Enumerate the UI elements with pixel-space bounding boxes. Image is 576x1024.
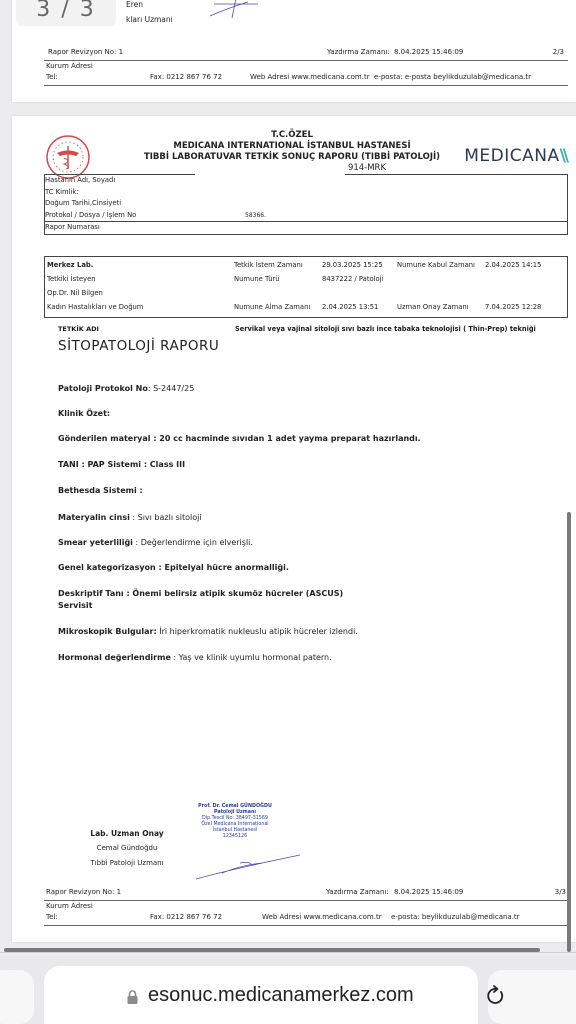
request-time-label: Tetkik İstem Zamanı [234,261,303,269]
field-general-category: Genel kategorizasyon : Epitelyal hücre a… [58,563,289,572]
request-time: 29.03.2025 15:25 [322,261,383,269]
patient-row: Rapor Numarası [45,222,567,234]
department: Kadın Hastalıkları ve Doğum [47,303,143,311]
report-footer: Rapor Revizyon No: 1 Yazdırma Zamanı: 8.… [44,888,568,926]
page-number: 2/3 [553,48,564,56]
address-label: Kurum Adresi [46,62,93,70]
page-counter-overlay: 3 / 3 [16,0,116,26]
reload-icon[interactable] [484,984,508,1008]
horizontal-scrollbar[interactable] [4,948,540,952]
lab-info-box: Merkez Lab. Tetkiki İsteyen Op.Dr. Nil B… [44,256,568,318]
prev-signer-name: Eren [126,0,143,9]
test-name: Servikal veya vajinal sitoloji sıvı bazl… [235,325,536,333]
address-label: Kurum Adresi [46,902,93,910]
web-address: Web Adresi www.medicana.com.tr [250,73,370,81]
header-line-3: TIBBİ LABORATUVAR TETKİK SONUÇ RAPORU (T… [112,152,472,163]
prev-page-footer: Rapor Revizyon No: 1 Yazdırma Zamanı: 8.… [44,48,568,86]
accept-time: 2.04.2025 14:15 [485,261,541,269]
print-time-label: Yazdırma Zamanı: [326,888,389,896]
print-time: 8.04.2025 15:46:09 [394,888,463,896]
header-line-2: MEDICANA INTERNATIONAL İSTANBUL HASTANES… [112,141,472,152]
signature-icon [192,851,302,883]
approval-title: Lab. Uzman Onay [72,826,182,841]
print-time-label: Yazdırma Zamanı: [327,48,390,56]
test-name-label: TETKİK ADI [58,325,99,333]
revision-label: Rapor Revizyon No: 1 [48,48,123,56]
protocol-value: 58366. [245,210,266,222]
prev-signer-title: kları Uzmanı [126,15,173,24]
redaction [227,168,307,178]
revision-label: Rapor Revizyon No: 1 [46,888,121,896]
field-descriptive-diagnosis: Deskriptif Tanı : Önemi belirsiz atipik … [58,589,343,598]
field-microscopic-findings: Mikroskopik Bulgular: İri hiperkromatik … [58,627,358,636]
tel-label: Tel: [46,73,58,81]
sample-type: 8437222 / Patoloji [322,275,384,283]
horizontal-scroll-track [0,952,576,953]
tel-label: Tel: [46,913,58,921]
field-material-type: Materyalin cinsi : Sıvı bazlı sitoloji [58,513,202,522]
lab-name: Merkez Lab. [47,261,93,269]
url-text[interactable]: esonuc.medicanamerkez.com [148,984,414,1007]
field-cervicitis: Servisit [58,601,92,610]
field-smear-adequacy: Smear yeterliliği : Değerlendirme için e… [58,538,253,547]
doctor-name: Op.Dr. Nil Bilgen [47,289,103,297]
field-bethesda: Bethesda Sistemi : [58,486,143,495]
email: e-posta: beylikduzulab@medicana.tr [391,913,520,921]
approval-role: Tıbbi Patoloji Uzmanı [72,856,182,871]
medicana-logo: MEDICANA\\ [464,146,566,166]
field-material: Gönderilen materyal : 20 cc hacminde sıv… [58,434,421,443]
patient-row: Protokol / Dosya / İşlem No58366. [45,210,567,222]
sample-time-label: Numune Alma Zamanı [234,303,310,311]
doctor-stamp: Prof. Dr. Cemal GÜNDOĞDU Patoloji Uzmanı… [190,804,280,840]
vertical-scrollbar[interactable] [567,512,571,952]
fax: Fax: 0212 867 76 72 [150,913,222,921]
accept-time-label: Numune Kabul Zamanı [397,261,475,269]
field-protocol: Patoloji Protokol No: S-2447/25 [58,384,194,393]
sample-time: 2.04.2025 13:51 [322,303,378,311]
report-page: T.C.ÖZEL MEDICANA INTERNATIONAL İSTANBUL… [12,116,576,942]
patient-row: TC Kimlik: [45,187,567,199]
requester-label: Tetkiki İsteyen [47,275,96,283]
patient-row: Doğum Tarihi,Cinsiyeti [45,198,567,210]
patient-info-box: Hastanın Adı, Soyadı TC Kimlik: Doğum Ta… [44,174,568,235]
field-hormonal-evaluation: Hormonal değerlendirme : Yaş ve klinik u… [58,653,332,662]
previous-tab[interactable] [0,970,34,1024]
approval-block: Lab. Uzman Onay Cemal Gündoğdu Tıbbi Pat… [72,826,182,871]
signature-icon [208,0,268,20]
report-title: SİTOPATOLOJİ RAPORU [58,338,219,354]
brand-mark-icon: \\ [560,146,566,166]
header-line-1: T.C.ÖZEL [112,130,472,141]
email: e-posta: e-posta beylikduzulab@medicana.… [374,73,531,81]
field-diagnosis: TANI : PAP Sistemi : Class III [58,460,185,469]
web-address: Web Adresi www.medicana.com.tr [262,913,382,921]
approval-time: 7.04.2025 12:28 [485,303,541,311]
print-time: 8.04.2025 15:46:09 [394,48,463,56]
approval-time-label: Uzman Onay Zamanı [397,303,469,311]
brand-text: MEDICANA [464,146,559,166]
page-number: 3/3 [555,888,566,896]
lock-icon [127,990,138,1004]
approval-name: Cemal Gündoğdu [72,841,182,856]
fax: Fax: 0212 867 76 72 [150,73,222,81]
field-clinical-summary: Klinik Özet: [58,409,110,418]
sample-type-label: Numune Türü [234,275,280,283]
